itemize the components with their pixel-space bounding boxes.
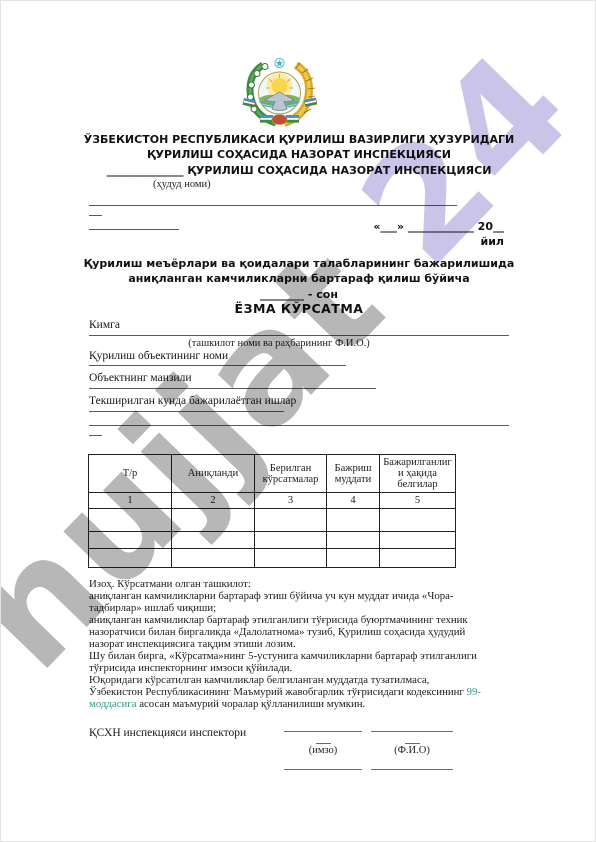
table-row (89, 549, 456, 568)
ministry-title-line1: ЎЗБЕКИСТОН РЕСПУБЛИКАСИ ҚУРИЛИШ ВАЗИРЛИГ… (1, 132, 596, 147)
blank-line-left (89, 221, 179, 230)
to-blank-line (89, 327, 509, 336)
doc-title-line1: Қурилиш меъёрлари ва қоидалари талаблари… (1, 256, 596, 271)
name-column: (Ф.И.О) (371, 728, 453, 770)
note-line: Шу билан бирга, «Кўрсатма»нинг 5-устуниг… (89, 650, 539, 662)
doc-number-blank: ________ - сон (1, 287, 596, 302)
ministry-title-line2: ҚУРИЛИШ СОҲАСИДА НАЗОРАТ ИНСПЕКЦИЯСИ (1, 147, 596, 162)
table-column-number-cell: 2 (172, 493, 255, 509)
region-name-caption: (ҳудуд номи) (153, 179, 211, 190)
table-header-cell: Т/р (89, 455, 172, 493)
doc-type-title: ЁЗМА КЎРСАТМА (1, 301, 596, 316)
defects-table: Т/рАниқландиБерилган кўрсатмаларБажриш м… (88, 454, 456, 568)
to-caption: (ташкилот номи ва раҳбарининг Ф.И.О.) (89, 338, 469, 349)
date-blank: «___» ____________ 20__ (341, 220, 504, 233)
signature-caption: (имзо) (284, 745, 362, 756)
table-row (89, 509, 456, 532)
note-paragraph: Изоҳ. Кўрсатмани олган ташкилот:аниқланг… (89, 578, 539, 710)
note-line: Изоҳ. Кўрсатмани олган ташкилот: (89, 578, 539, 590)
note-line: Юқоридаги кўрсатилган камчиликлар белгил… (89, 674, 539, 686)
note-text: асосан маъмурий чоралар қўлланилиши мумк… (137, 698, 366, 710)
note-line: тадбирлар» ишлаб чиқиши; (89, 602, 539, 614)
table-column-number-row: 12345 (89, 493, 456, 509)
document-page: ЎЗБЕКИСТОН РЕСПУБЛИКАСИ ҚУРИЛИШ ВАЗИРЛИГ… (0, 0, 596, 842)
table-header-cell: Аниқланди (172, 455, 255, 493)
note-line: назорат инспекциясига тақдим этиши лозим… (89, 638, 539, 650)
blank-line-full (89, 197, 457, 206)
signature-tick (316, 743, 331, 744)
note-last-line: моддасига асосан маъмурий чоралар қўллан… (89, 698, 539, 710)
works-blank-line (89, 403, 284, 412)
inspector-label: ҚСХН инспекцияси инспектори (89, 727, 246, 739)
doc-title-line2: аниқланган камчиликларни бартараф қилиш … (1, 271, 596, 286)
name-tick (405, 743, 420, 744)
note-line: аниқланган камчиликлар бартараф этилганл… (89, 614, 539, 626)
year-label: йил (341, 235, 504, 248)
table-column-number-cell: 3 (255, 493, 327, 509)
note-line-with-link: Ўзбекистон Республикасининг Маъмурий жав… (89, 686, 539, 698)
article-99-link[interactable]: 99- (467, 686, 481, 698)
name-line-2 (371, 769, 453, 770)
note-text: Ўзбекистон Республикасининг Маъмурий жав… (89, 686, 467, 698)
table-header-cell: Бажарилганлиг и ҳақида белгилар (380, 455, 456, 493)
table-header-cell: Берилган кўрсатмалар (255, 455, 327, 493)
table-column-number-cell: 4 (327, 493, 380, 509)
uzbekistan-emblem-icon (238, 57, 322, 129)
note-line: тўғрисида инспекторнинг имзоси қўйилади. (89, 662, 539, 674)
object-name-blank-line (89, 357, 346, 366)
note-line: назоратчиси билан биргаликда «Далолатном… (89, 626, 539, 638)
table-column-number-cell: 5 (380, 493, 456, 509)
table-column-number-cell: 1 (89, 493, 172, 509)
signature-line-2 (284, 769, 362, 770)
object-address-blank-line (89, 380, 376, 389)
article-99-link[interactable]: моддасига (89, 698, 137, 710)
extra-blank-line (89, 417, 509, 426)
blank-line-stub (89, 207, 102, 216)
regional-inspection-line: ______________ ҚУРИЛИШ СОҲАСИДА НАЗОРАТ … (1, 163, 596, 178)
name-line (371, 731, 453, 732)
table-header-row: Т/рАниқландиБерилган кўрсатмаларБажриш м… (89, 455, 456, 493)
note-lines: Изоҳ. Кўрсатмани олган ташкилот:аниқланг… (89, 578, 539, 686)
name-caption: (Ф.И.О) (371, 745, 453, 756)
signature-line (284, 731, 362, 732)
table-row (89, 532, 456, 549)
signature-column: (имзо) (284, 728, 362, 770)
table-header-cell: Бажриш муддати (327, 455, 380, 493)
extra-blank-stub (89, 427, 102, 436)
note-line: аниқланган камчиликларни бартараф этиш б… (89, 590, 539, 602)
